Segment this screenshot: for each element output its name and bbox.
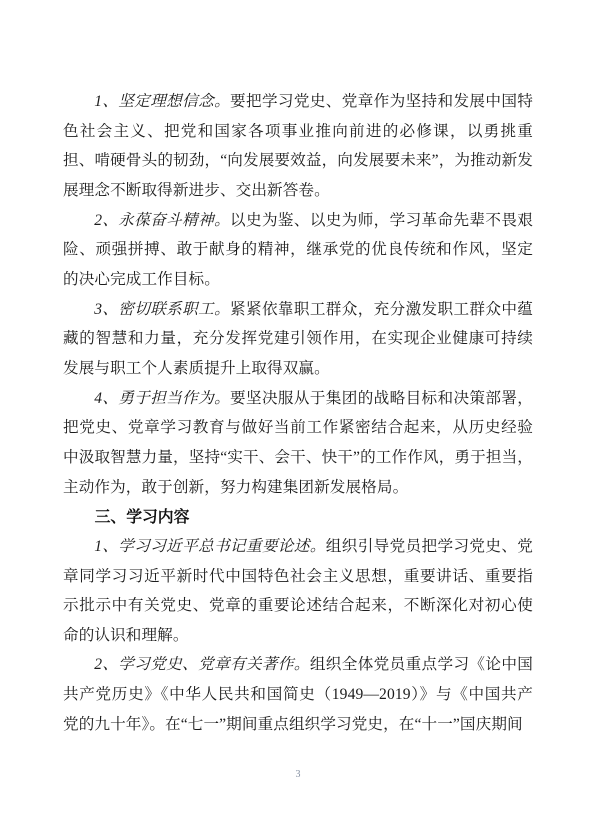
- paragraph-lead: 1、坚定理想信念。: [94, 93, 230, 110]
- paragraph: 4、勇于担当作为。要坚决服从于集团的战略目标和决策部署，把党史、党章学习教育与做…: [63, 384, 533, 503]
- paragraph-lead: 1、学习习近平总书记重要论述。: [94, 538, 326, 555]
- paragraph-lead: 2、永葆奋斗精神。: [94, 212, 230, 229]
- paragraph: 2、永葆奋斗精神。以史为鉴、以史为师，学习革命先辈不畏艰险、顽强拼搏、敢于献身的…: [63, 206, 533, 295]
- paragraph: 2、学习党史、党章有关著作。组织全体党员重点学习《论中国共产党历史》《中华人民共…: [63, 650, 533, 739]
- paragraph: 3、密切联系职工。紧紧依靠职工群众，充分激发职工群众中蕴藏的智慧和力量，充分发挥…: [63, 295, 533, 384]
- paragraph: 1、学习习近平总书记重要论述。组织引导党员把学习党史、党章同学习习近平新时代中国…: [63, 532, 533, 651]
- paragraph-lead: 3、密切联系职工。: [94, 301, 230, 318]
- document-body: 1、坚定理想信念。要把学习党史、党章作为坚持和发展中国特色社会主义、把党和国家各…: [63, 87, 533, 739]
- paragraph-lead: 4、勇于担当作为。: [94, 390, 230, 407]
- page-number: 3: [0, 768, 596, 782]
- document-page: 1、坚定理想信念。要把学习党史、党章作为坚持和发展中国特色社会主义、把党和国家各…: [0, 0, 596, 838]
- paragraph-lead: 2、学习党史、党章有关著作。: [94, 656, 310, 673]
- section-heading: 三、学习内容: [63, 502, 533, 532]
- paragraph: 1、坚定理想信念。要把学习党史、党章作为坚持和发展中国特色社会主义、把党和国家各…: [63, 87, 533, 206]
